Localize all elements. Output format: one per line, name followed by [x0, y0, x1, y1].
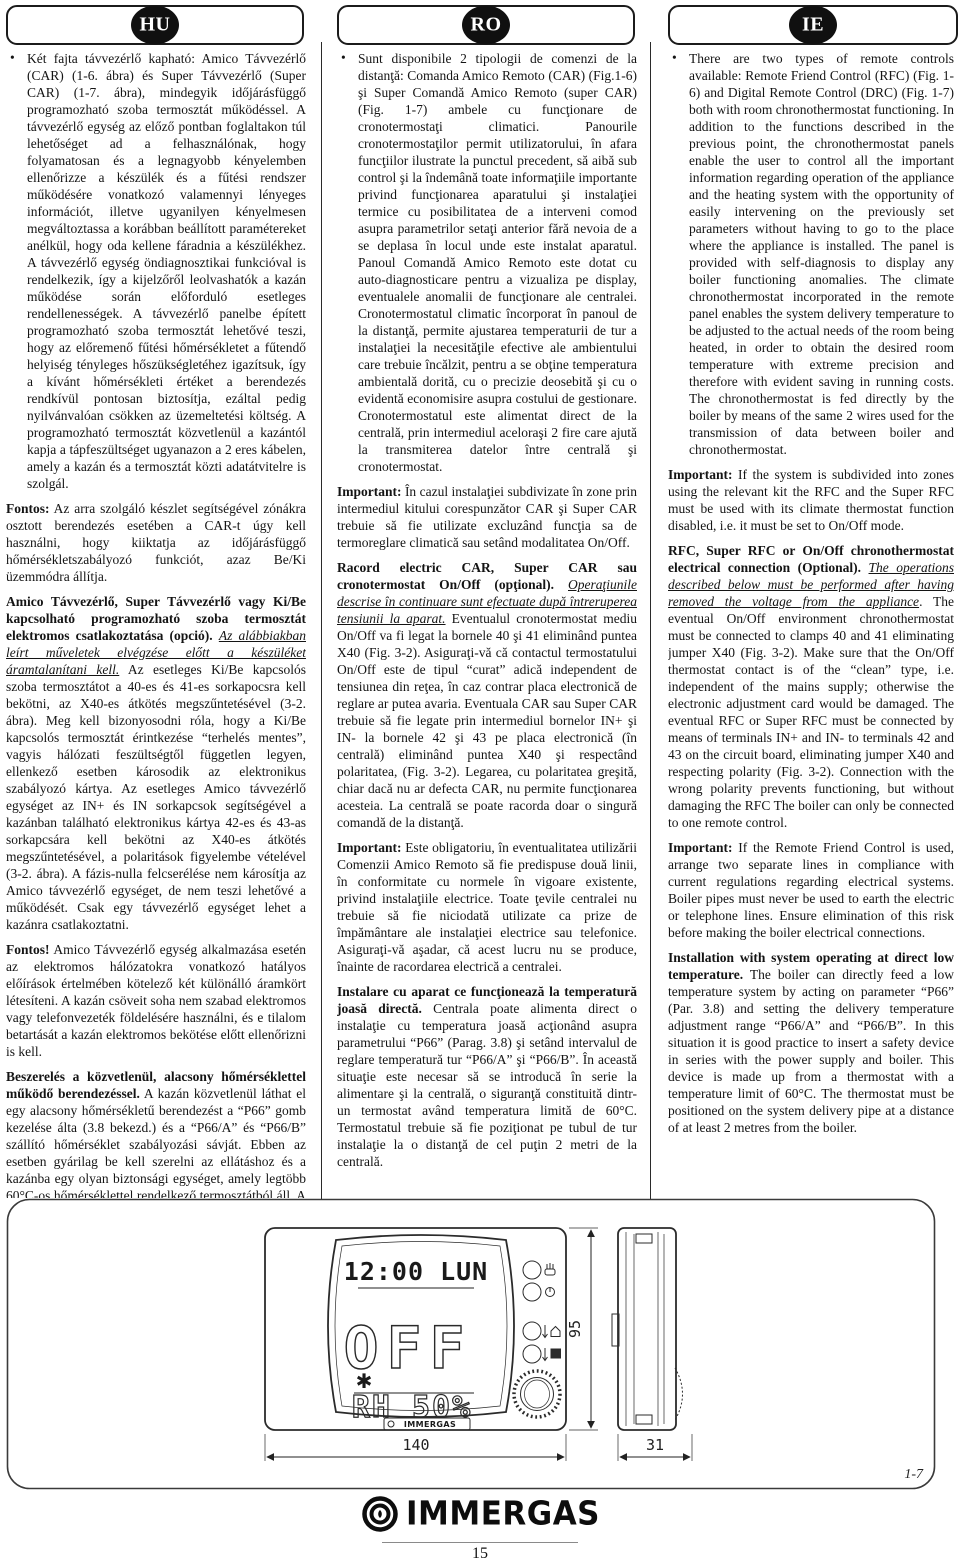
page-footer: IMMERGAS 15	[0, 1494, 960, 1562]
body-text: Centrala poate alimenta direct o instala…	[337, 1001, 637, 1169]
body-text: . The eventual On/Off environment chrono…	[668, 594, 954, 830]
text-column-ro: •Sunt disponibile 2 tipologii de comenzi…	[337, 50, 637, 1198]
paragraph: Beszerelés a közvetlenül, alacsony hőmér…	[6, 1068, 306, 1198]
body-text: Eventualul cronotermostat mediu On/Off v…	[337, 611, 637, 830]
manual-page: HU RO IE •Két fajta távvezérlő kapható: …	[0, 0, 960, 1562]
paragraph: Fontos! Amico Távvezérlő egység alkalmaz…	[6, 941, 306, 1060]
paragraph: Racord electric CAR, Super CAR sau crono…	[337, 559, 637, 831]
paragraph: Important: If the system is subdivided i…	[668, 466, 954, 534]
dimension-height: 95	[566, 1320, 584, 1338]
body-text: Este obligatoriu, în eventualitatea util…	[337, 840, 637, 974]
temperature-dial	[514, 1371, 560, 1417]
bullet-marker: •	[10, 50, 15, 66]
body-text: A kazán közvetlenül láthat el egy alacso…	[6, 1086, 306, 1198]
body-text: Két fajta távvezérlő kapható: Amico Távv…	[27, 51, 306, 491]
section-heading-text: Fontos:	[6, 501, 50, 516]
language-badge-ro: RO	[462, 6, 510, 45]
footer-rule	[382, 1542, 578, 1543]
dimension-width: 140	[402, 1436, 429, 1454]
section-heading-text: Important:	[337, 840, 402, 855]
column-divider	[321, 42, 322, 1199]
language-header-ro: RO	[337, 5, 635, 45]
bullet-marker: •	[672, 50, 677, 66]
paragraph: Installation with system operating at di…	[668, 949, 954, 1136]
paragraph: Fontos: Az arra szolgáló készlet segítsé…	[6, 500, 306, 585]
dimension-depth: 31	[646, 1436, 664, 1454]
bullet-marker: •	[341, 50, 346, 66]
remote-front-view: 12:00 LUN OFF ✱ RH 50% IMMERGAS	[265, 1228, 566, 1430]
section-heading-text: Important:	[668, 840, 733, 855]
paragraph: •There are two types of remote controls …	[668, 50, 954, 458]
paragraph: Instalare cu aparat ce funcţionează la t…	[337, 983, 637, 1170]
figure-remote-control-drawing: 12:00 LUN OFF ✱ RH 50% IMMERGAS	[6, 1198, 936, 1490]
text-column-ie: •There are two types of remote controls …	[668, 50, 954, 1198]
lcd-time-day: 12:00 LUN	[344, 1257, 488, 1286]
text-column-hu: •Két fajta távvezérlő kapható: Amico Táv…	[6, 50, 306, 1198]
paragraph: Important: În cazul instalaţiei subdiviz…	[337, 483, 637, 551]
body-text	[554, 577, 568, 592]
body-text: There are two types of remote controls a…	[689, 51, 954, 457]
language-header-ie: IE	[668, 5, 958, 45]
body-text: If the Remote Friend Control is used, ar…	[668, 840, 954, 940]
brand-logo: IMMERGAS	[360, 1494, 600, 1534]
paragraph: Important: If the Remote Friend Control …	[668, 839, 954, 941]
body-text	[861, 560, 868, 575]
language-badge-hu: HU	[131, 6, 179, 45]
body-text: The boiler can directly feed a low tempe…	[668, 967, 954, 1135]
language-header-hu: HU	[6, 5, 304, 45]
paragraph: RFC, Super RFC or On/Off chronothermosta…	[668, 542, 954, 831]
paragraph: Amico Távvezérlő, Super Távvezérlő vagy …	[6, 593, 306, 933]
section-heading-text: Fontos!	[6, 942, 50, 957]
paragraph: Important: Este obligatoriu, în eventual…	[337, 839, 637, 975]
section-heading-text: Important:	[668, 467, 733, 482]
section-heading-text: Important:	[337, 484, 402, 499]
body-text: Amico Távvezérlő egység alkalmazása eset…	[6, 942, 306, 1059]
paragraph: •Két fajta távvezérlő kapható: Amico Táv…	[6, 50, 306, 492]
column-divider	[650, 42, 651, 1199]
language-badge-ie: IE	[789, 6, 837, 45]
paragraph: •Sunt disponibile 2 tipologii de comenzi…	[337, 50, 637, 475]
body-text: Az esetleges Ki/Be kapcsolós szoba termo…	[6, 662, 306, 932]
immergas-emblem-icon	[360, 1494, 400, 1534]
body-text: Az arra szolgáló készlet segítségével zó…	[6, 501, 306, 584]
device-brand-text: IMMERGAS	[404, 1420, 456, 1429]
figure-ref: 1-7	[904, 1467, 924, 1482]
page-number: 15	[0, 1545, 960, 1562]
brand-wordmark: IMMERGAS	[406, 1495, 600, 1533]
body-text: Sunt disponibile 2 tipologii de comenzi …	[358, 51, 637, 474]
remote-side-view	[612, 1228, 683, 1430]
